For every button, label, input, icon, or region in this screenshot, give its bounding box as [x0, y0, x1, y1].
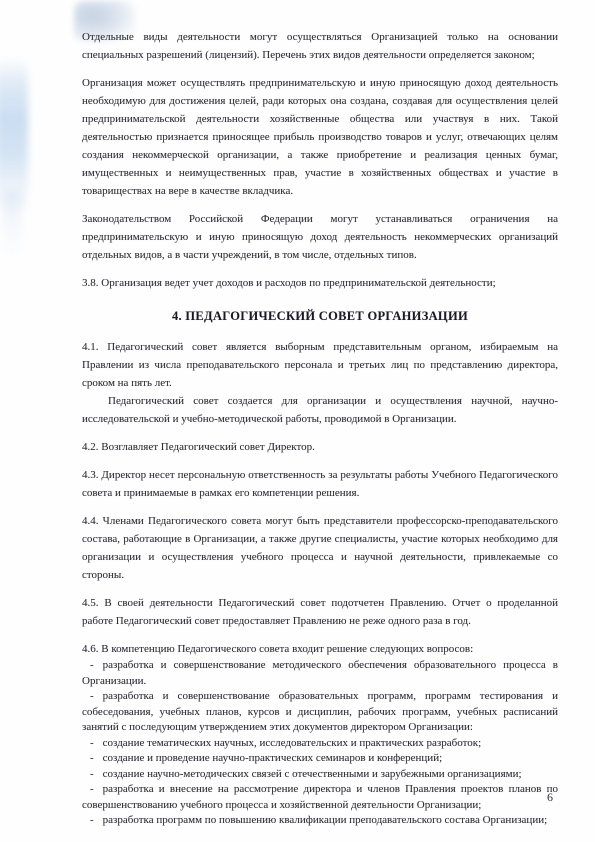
list-item: -разработка и совершенствование методиче…: [82, 658, 558, 689]
scan-streak-left-edge-tail: [2, 190, 22, 260]
list-dash: -: [90, 783, 94, 795]
competence-list: -разработка и совершенствование методиче…: [82, 658, 558, 829]
list-item: -создание тематических научных, исследов…: [82, 736, 558, 752]
clause-4-3: 4.3. Директор несет персональную ответст…: [82, 466, 558, 502]
paragraph-licenses: Отдельные виды деятельности могут осущес…: [82, 28, 558, 64]
list-dash: -: [90, 814, 94, 826]
document-body: Отдельные виды деятельности могут осущес…: [82, 28, 558, 829]
clause-4-1-continuation: Педагогический совет создается для орган…: [82, 392, 558, 428]
scanned-document-page: Отдельные виды деятельности могут осущес…: [0, 0, 595, 842]
list-item-text: создание тематических научных, исследова…: [103, 737, 482, 749]
list-item: -создание научно-методических связей с о…: [82, 767, 558, 783]
clause-4-4: 4.4. Членами Педагогического совета могу…: [82, 512, 558, 584]
list-item: -создание и проведение научно-практическ…: [82, 751, 558, 767]
list-item-text: разработка программ по повышению квалифи…: [103, 814, 547, 826]
list-item: -разработка программ по повышению квалиф…: [82, 813, 558, 829]
clause-4-5: 4.5. В своей деятельности Педагогический…: [82, 594, 558, 630]
clause-4-2: 4.2. Возглавляет Педагогический совет Ди…: [82, 438, 558, 456]
list-dash: -: [90, 768, 94, 780]
paragraph-law-limits: Законодательством Российской Федерации м…: [82, 210, 558, 264]
list-item-text: разработка и совершенствование образоват…: [82, 690, 558, 733]
list-item-text: разработка и совершенствование методичес…: [82, 659, 558, 687]
list-item-text: создание научно-методических связей с от…: [103, 768, 522, 780]
paragraph-income-activity: Организация может осуществлять предприни…: [82, 74, 558, 200]
list-item: -разработка и совершенствование образова…: [82, 689, 558, 736]
list-item-text: разработка и внесение на рассмотрение ди…: [82, 783, 558, 811]
list-dash: -: [90, 737, 94, 749]
list-dash: -: [90, 659, 94, 671]
list-dash: -: [90, 752, 94, 764]
clause-4-1: 4.1. Педагогический совет является выбор…: [82, 338, 558, 392]
clause-4-6: 4.6. В компетенцию Педагогического совет…: [82, 640, 558, 658]
clause-3-8: 3.8. Организация ведет учет доходов и ра…: [82, 274, 558, 292]
list-item-text: создание и проведение научно-практически…: [103, 752, 442, 764]
list-dash: -: [90, 690, 94, 702]
list-item: -разработка и внесение на рассмотрение д…: [82, 782, 558, 813]
section-heading: 4. ПЕДАГОГИЧЕСКИЙ СОВЕТ ОРГАНИЗАЦИИ: [82, 306, 558, 326]
page-number: 6: [547, 790, 553, 805]
